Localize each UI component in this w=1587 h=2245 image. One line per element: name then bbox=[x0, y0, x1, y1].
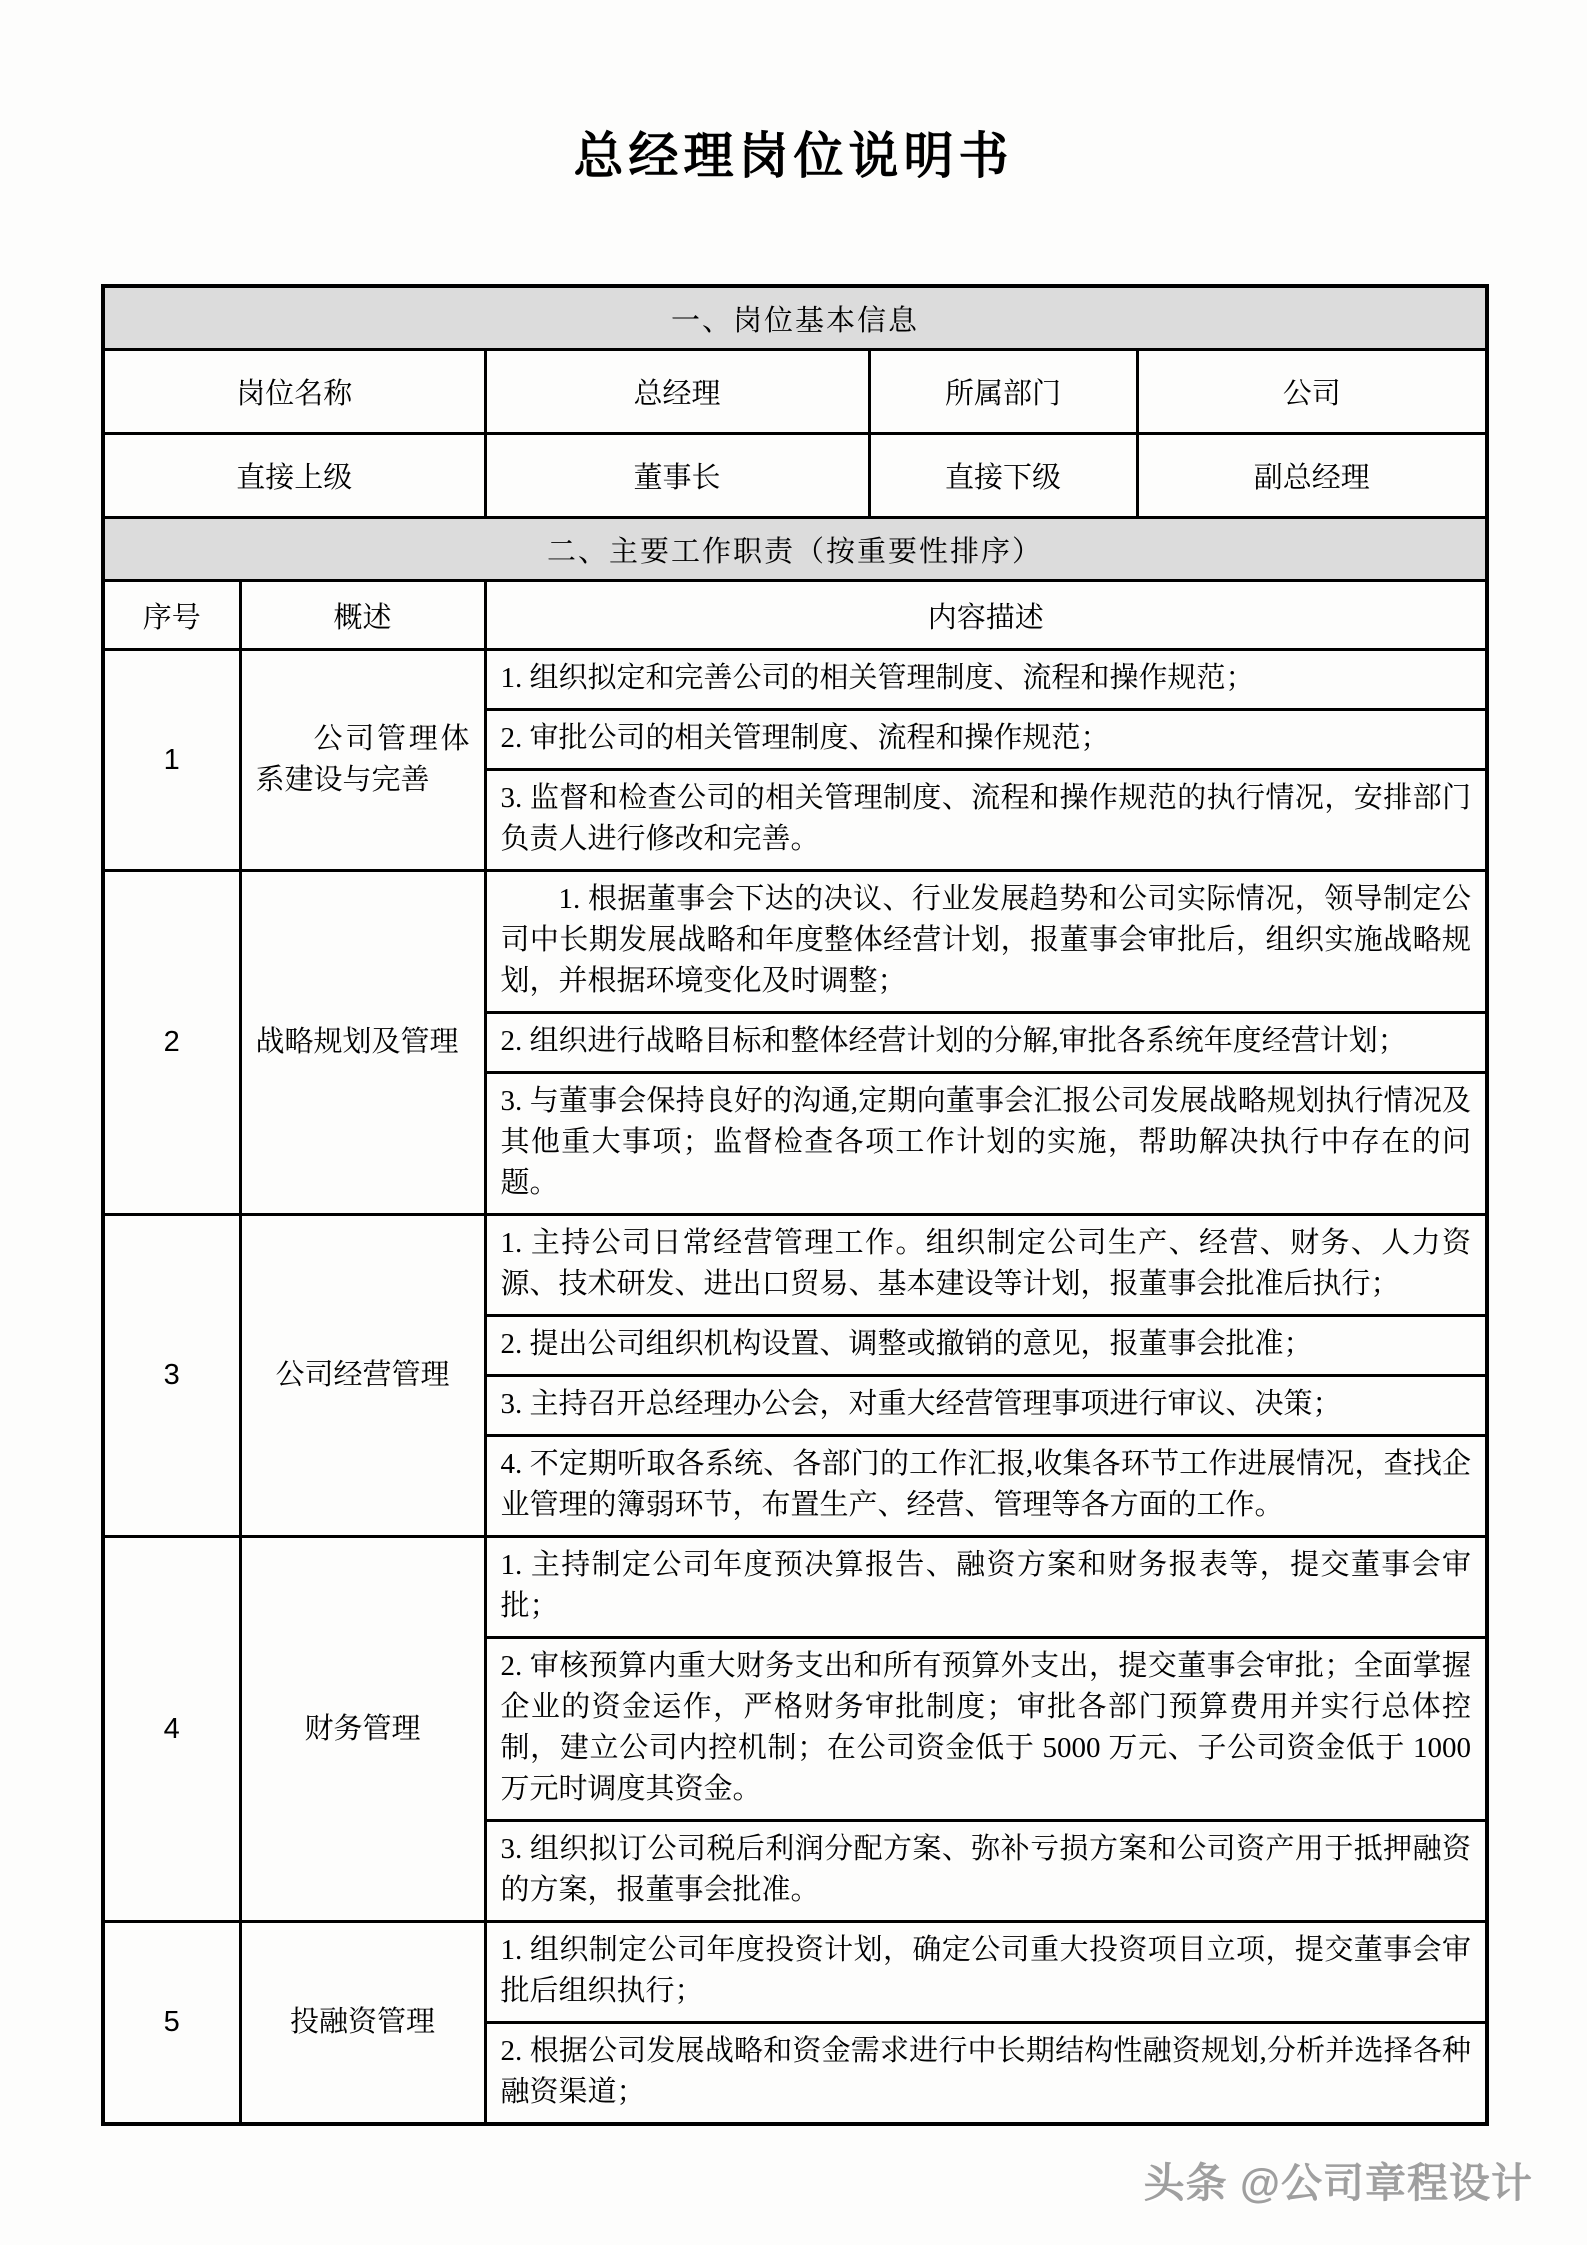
basic-info-row: 岗位名称 总经理 所属部门 公司 bbox=[103, 350, 1487, 434]
duty-index: 3 bbox=[103, 1215, 240, 1537]
watermark-text: 头条 @公司章程设计 bbox=[1144, 2150, 1533, 2209]
duty-row: 2 战略规划及管理 1. 根据董事会下达的决议、行业发展趋势和公司实际情况，领导… bbox=[103, 871, 1487, 1013]
page-title: 总经理岗位说明书 bbox=[0, 0, 1587, 188]
field-label-direct-superior: 直接上级 bbox=[103, 434, 485, 518]
duty-detail: 2. 根据公司发展战略和资金需求进行中长期结构性融资规划,分析并选择各种融资渠道… bbox=[485, 2023, 1487, 2125]
duty-row: 5 投融资管理 1. 组织制定公司年度投资计划，确定公司重大投资项目立项，提交董… bbox=[103, 1922, 1487, 2023]
duty-detail: 2. 组织进行战略目标和整体经营计划的分解,审批各系统年度经营计划； bbox=[485, 1013, 1487, 1073]
duty-detail: 3. 与董事会保持良好的沟通,定期向董事会汇报公司发展战略规划执行情况及其他重大… bbox=[485, 1073, 1487, 1215]
column-header-summary: 概述 bbox=[240, 581, 485, 650]
field-value-department: 公司 bbox=[1137, 350, 1487, 434]
duty-summary: 投融资管理 bbox=[240, 1922, 485, 2125]
duty-index: 5 bbox=[103, 1922, 240, 2125]
duty-summary: 公司经营管理 bbox=[240, 1215, 485, 1537]
duty-summary: 财务管理 bbox=[240, 1537, 485, 1922]
duty-detail: 2. 提出公司组织机构设置、调整或撤销的意见，报董事会批准； bbox=[485, 1316, 1487, 1376]
section-duties: 二、主要工作职责（按重要性排序） bbox=[103, 518, 1487, 581]
field-value-position-name: 总经理 bbox=[485, 350, 869, 434]
duty-index: 4 bbox=[103, 1537, 240, 1922]
duty-detail: 1. 组织制定公司年度投资计划，确定公司重大投资项目立项，提交董事会审批后组织执… bbox=[485, 1922, 1487, 2023]
duty-detail: 1. 根据董事会下达的决议、行业发展趋势和公司实际情况，领导制定公司中长期发展战… bbox=[485, 871, 1487, 1013]
column-header-index: 序号 bbox=[103, 581, 240, 650]
document-page: 总经理岗位说明书 一、岗位基本信息 岗位名称 总经理 所属部门 公司 直接上级 … bbox=[0, 0, 1587, 2245]
duty-detail: 3. 主持召开总经理办公会，对重大经营管理事项进行审议、决策； bbox=[485, 1376, 1487, 1436]
section-basic-info-title: 一、岗位基本信息 bbox=[103, 286, 1487, 350]
duty-detail: 1. 主持公司日常经营管理工作。组织制定公司生产、经营、财务、人力资源、技术研发… bbox=[485, 1215, 1487, 1316]
field-value-direct-subordinate: 副总经理 bbox=[1137, 434, 1487, 518]
duty-detail: 3. 组织拟订公司税后利润分配方案、弥补亏损方案和公司资产用于抵押融资的方案，报… bbox=[485, 1821, 1487, 1922]
duty-summary: 战略规划及管理 bbox=[240, 871, 485, 1215]
duty-detail: 3. 监督和检查公司的相关管理制度、流程和操作规范的执行情况，安排部门负责人进行… bbox=[485, 770, 1487, 871]
duty-detail: 2. 审批公司的相关管理制度、流程和操作规范； bbox=[485, 710, 1487, 770]
duty-detail: 1. 组织拟定和完善公司的相关管理制度、流程和操作规范； bbox=[485, 650, 1487, 710]
duty-row: 4 财务管理 1. 主持制定公司年度预决算报告、融资方案和财务报表等，提交董事会… bbox=[103, 1537, 1487, 1638]
basic-info-row: 直接上级 董事长 直接下级 副总经理 bbox=[103, 434, 1487, 518]
job-description-table: 一、岗位基本信息 岗位名称 总经理 所属部门 公司 直接上级 董事长 直接下级 … bbox=[101, 284, 1489, 2126]
column-header-description: 内容描述 bbox=[485, 581, 1487, 650]
duties-columns-header: 序号 概述 内容描述 bbox=[103, 581, 1487, 650]
duty-summary: 公司管理体系建设与完善 bbox=[240, 650, 485, 871]
duty-index: 1 bbox=[103, 650, 240, 871]
section-duties-title: 二、主要工作职责（按重要性排序） bbox=[103, 518, 1487, 581]
duty-detail: 1. 主持制定公司年度预决算报告、融资方案和财务报表等，提交董事会审批； bbox=[485, 1537, 1487, 1638]
duty-row: 1 公司管理体系建设与完善 1. 组织拟定和完善公司的相关管理制度、流程和操作规… bbox=[103, 650, 1487, 710]
duty-detail: 4. 不定期听取各系统、各部门的工作汇报,收集各环节工作进展情况，查找企业管理的… bbox=[485, 1436, 1487, 1537]
field-label-department: 所属部门 bbox=[869, 350, 1137, 434]
section-basic-info: 一、岗位基本信息 bbox=[103, 286, 1487, 350]
field-label-position-name: 岗位名称 bbox=[103, 350, 485, 434]
duty-detail: 2. 审核预算内重大财务支出和所有预算外支出，提交董事会审批；全面掌握企业的资金… bbox=[485, 1638, 1487, 1821]
duty-index: 2 bbox=[103, 871, 240, 1215]
field-value-direct-superior: 董事长 bbox=[485, 434, 869, 518]
field-label-direct-subordinate: 直接下级 bbox=[869, 434, 1137, 518]
duty-row: 3 公司经营管理 1. 主持公司日常经营管理工作。组织制定公司生产、经营、财务、… bbox=[103, 1215, 1487, 1316]
